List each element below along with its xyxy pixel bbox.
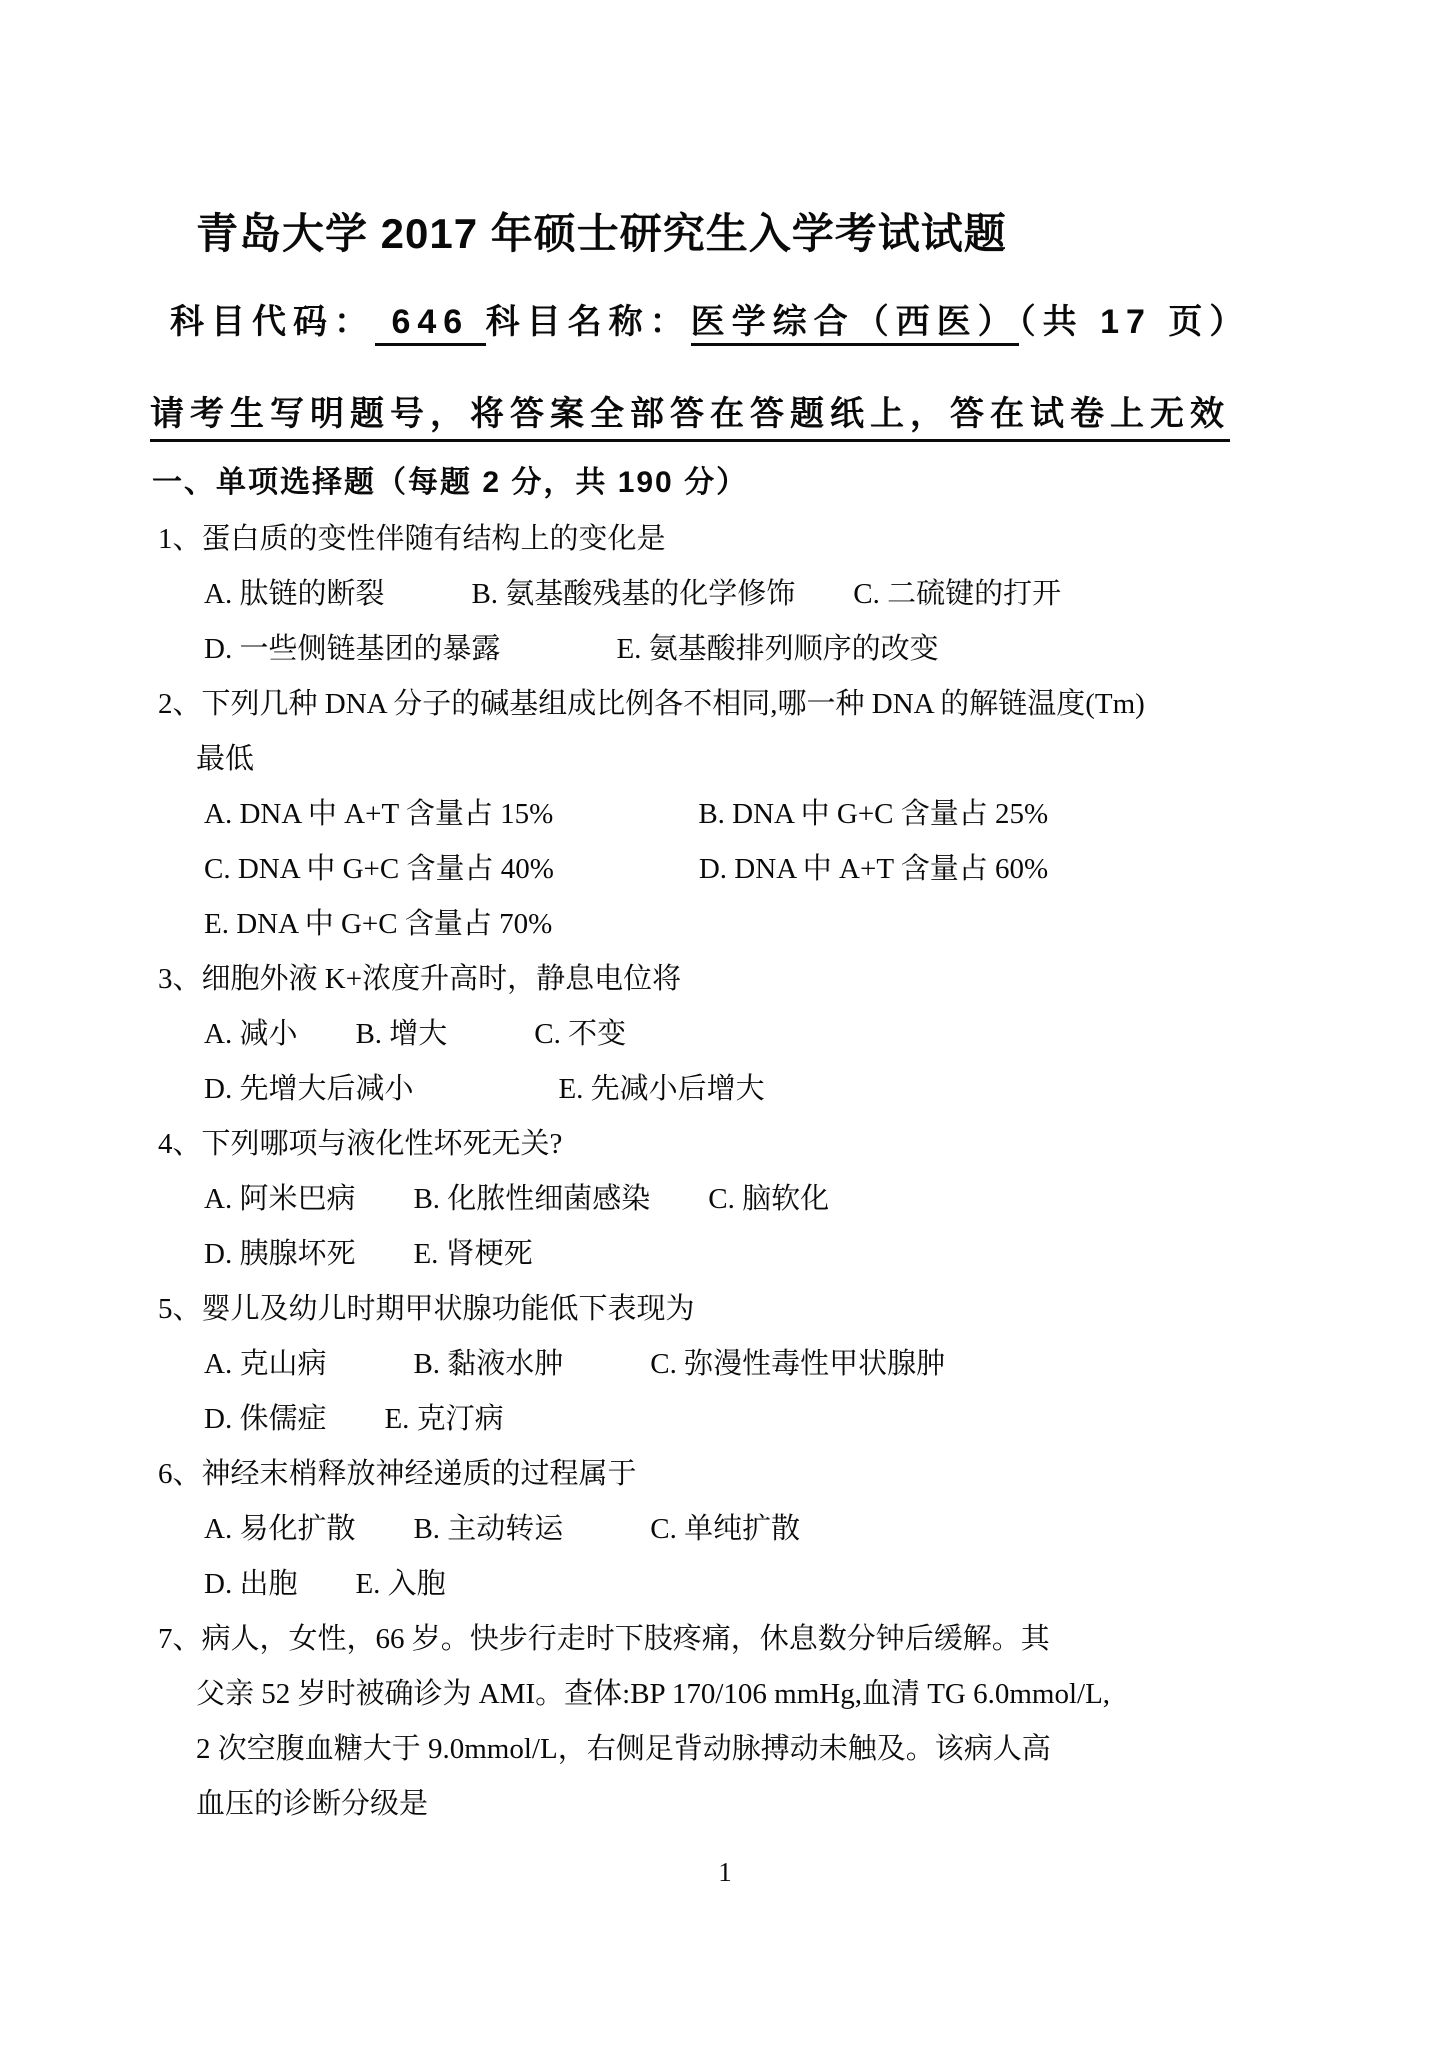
question-text: 细胞外液 K+浓度升高时，静息电位将	[202, 963, 682, 995]
question-stem-continuation: 2 次空腹血糖大于 9.0mmol/L，右侧足背动脉搏动未触及。该病人高	[158, 1722, 1330, 1777]
question-stem: 4、下列哪项与液化性坏死无关?	[158, 1117, 1330, 1172]
question-text: 下列哪项与液化性坏死无关?	[202, 1128, 563, 1160]
option-line: A. 阿米巴病 B. 化脓性细菌感染 C. 脑软化	[158, 1172, 1330, 1227]
option-line: A. 克山病 B. 黏液水肿 C. 弥漫性毒性甲状腺肿	[158, 1337, 1330, 1392]
question: 4、下列哪项与液化性坏死无关?A. 阿米巴病 B. 化脓性细菌感染 C. 脑软化…	[150, 1117, 1330, 1282]
question: 6、神经末梢释放神经递质的过程属于A. 易化扩散 B. 主动转运 C. 单纯扩散…	[150, 1447, 1330, 1612]
question-number: 2、	[158, 688, 202, 720]
subject-code-label: 科目代码：	[170, 303, 375, 341]
exam-paper-page: 青岛大学 2017 年硕士研究生入学考试试题 科目代码： 646 科目名称：医学…	[0, 0, 1450, 2048]
question-number: 6、	[158, 1458, 202, 1490]
question: 1、蛋白质的变性伴随有结构上的变化是A. 肽链的断裂 B. 氨基酸残基的化学修饰…	[150, 512, 1330, 677]
questions: 1、蛋白质的变性伴随有结构上的变化是A. 肽链的断裂 B. 氨基酸残基的化学修饰…	[150, 512, 1330, 1832]
page-content: 青岛大学 2017 年硕士研究生入学考试试题 科目代码： 646 科目名称：医学…	[0, 0, 1450, 1832]
question-stem: 5、婴儿及幼儿时期甲状腺功能低下表现为	[158, 1282, 1330, 1337]
question: 5、婴儿及幼儿时期甲状腺功能低下表现为A. 克山病 B. 黏液水肿 C. 弥漫性…	[150, 1282, 1330, 1447]
question-stem: 7、病人，女性，66 岁。快步行走时下肢疼痛，休息数分钟后缓解。其	[158, 1612, 1330, 1667]
answer-notice-text: 请考生写明题号，将答案全部答在答题纸上，答在试卷上无效	[150, 395, 1230, 442]
page-number: 1	[0, 1857, 1450, 1888]
question-stem: 2、下列几种 DNA 分子的碱基组成比例各不相同,哪一种 DNA 的解链温度(T…	[158, 677, 1330, 732]
question-text: 蛋白质的变性伴随有结构上的变化是	[202, 523, 666, 555]
option-line: A. 减小 B. 增大 C. 不变	[158, 1007, 1330, 1062]
question-stem: 6、神经末梢释放神经递质的过程属于	[158, 1447, 1330, 1502]
question-text: 病人，女性，66 岁。快步行走时下肢疼痛，休息数分钟后缓解。其	[202, 1623, 1050, 1655]
question: 3、细胞外液 K+浓度升高时，静息电位将A. 减小 B. 增大 C. 不变D. …	[150, 952, 1330, 1117]
subject-pages-note: （共 17 页）	[1019, 303, 1251, 341]
question-stem-continuation: 父亲 52 岁时被确诊为 AMI。查体:BP 170/106 mmHg,血清 T…	[158, 1667, 1330, 1722]
question-number: 3、	[158, 963, 202, 995]
option-line: A. 易化扩散 B. 主动转运 C. 单纯扩散	[158, 1502, 1330, 1557]
question-text: 神经末梢释放神经递质的过程属于	[202, 1458, 637, 1490]
question-text: 婴儿及幼儿时期甲状腺功能低下表现为	[202, 1293, 695, 1325]
subject-code-value: 646	[375, 303, 486, 346]
subject-name-value: 医学综合（西医）	[691, 303, 1019, 346]
section-heading: 一、单项选择题（每题 2 分，共 190 分）	[152, 466, 1330, 500]
question-number: 4、	[158, 1128, 202, 1160]
question-stem-continuation: 血压的诊断分级是	[158, 1777, 1330, 1832]
subject-name-label: 科目名称：	[486, 303, 691, 341]
option-line: D. 一些侧链基团的暴露 E. 氨基酸排列顺序的改变	[158, 622, 1330, 677]
question-text: 下列几种 DNA 分子的碱基组成比例各不相同,哪一种 DNA 的解链温度(Tm)	[202, 688, 1145, 720]
option-line: E. DNA 中 G+C 含量占 70%	[158, 897, 1330, 952]
option-line: D. 先增大后减小 E. 先减小后增大	[158, 1062, 1330, 1117]
option-line: A. DNA 中 A+T 含量占 15% B. DNA 中 G+C 含量占 25…	[158, 787, 1330, 842]
question-number: 7、	[158, 1623, 202, 1655]
subject-line: 科目代码： 646 科目名称：医学综合（西医）（共 17 页）	[170, 302, 1330, 342]
option-line: D. 胰腺坏死 E. 肾梗死	[158, 1227, 1330, 1282]
question: 7、病人，女性，66 岁。快步行走时下肢疼痛，休息数分钟后缓解。其父亲 52 岁…	[150, 1612, 1330, 1832]
question-number: 1、	[158, 523, 202, 555]
option-line: D. 出胞 E. 入胞	[158, 1557, 1330, 1612]
page-title: 青岛大学 2017 年硕士研究生入学考试试题	[196, 210, 1330, 258]
question-number: 5、	[158, 1293, 202, 1325]
option-line: D. 侏儒症 E. 克汀病	[158, 1392, 1330, 1447]
answer-notice: 请考生写明题号，将答案全部答在答题纸上，答在试卷上无效	[150, 394, 1330, 434]
question-stem: 3、细胞外液 K+浓度升高时，静息电位将	[158, 952, 1330, 1007]
question: 2、下列几种 DNA 分子的碱基组成比例各不相同,哪一种 DNA 的解链温度(T…	[150, 677, 1330, 952]
option-line: A. 肽链的断裂 B. 氨基酸残基的化学修饰 C. 二硫键的打开	[158, 567, 1330, 622]
question-stem: 1、蛋白质的变性伴随有结构上的变化是	[158, 512, 1330, 567]
question-stem-continuation: 最低	[158, 732, 1330, 787]
option-line: C. DNA 中 G+C 含量占 40% D. DNA 中 A+T 含量占 60…	[158, 842, 1330, 897]
